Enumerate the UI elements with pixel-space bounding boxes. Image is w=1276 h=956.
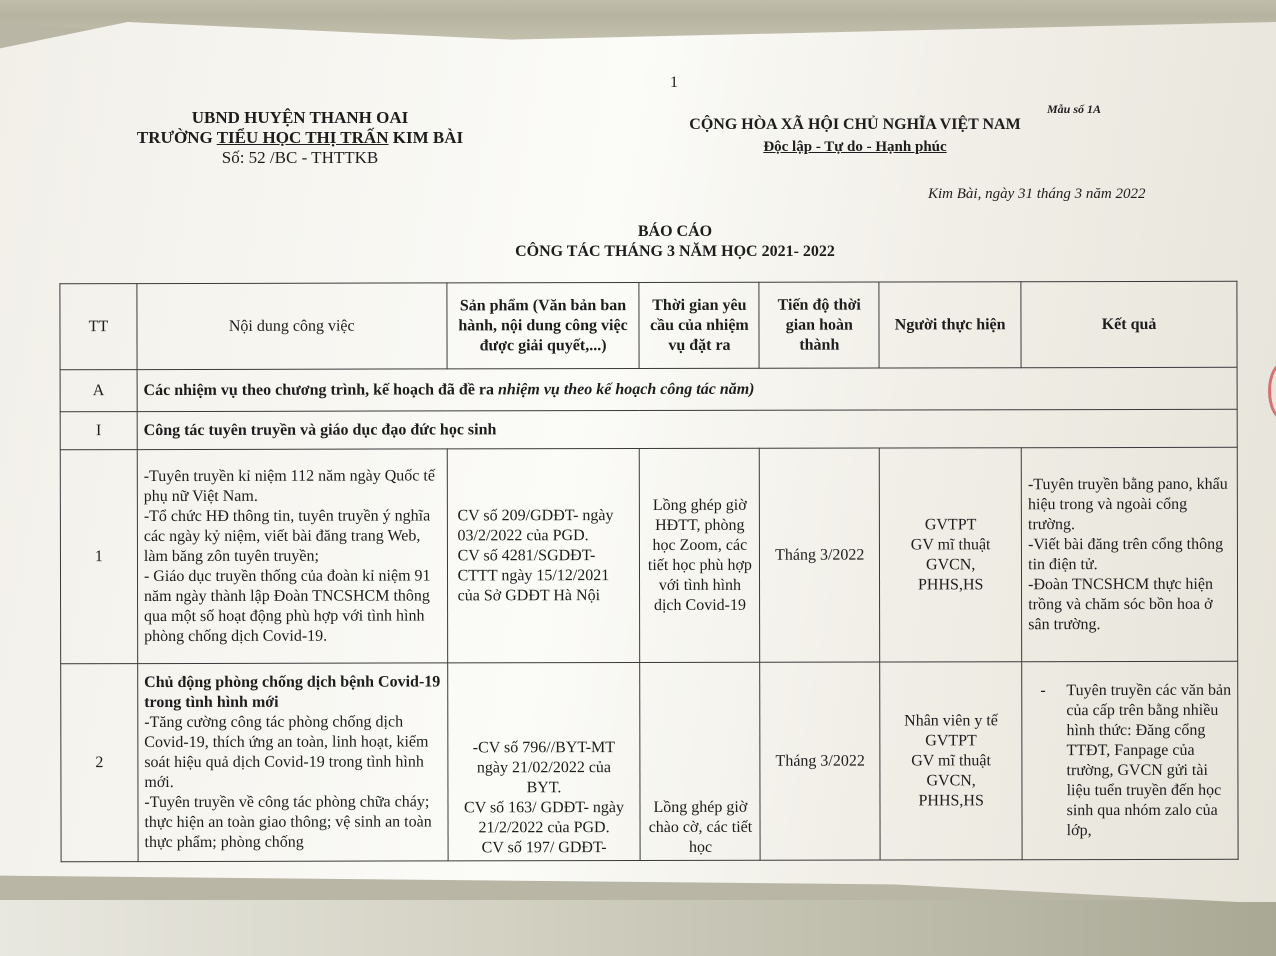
report-title-line1: BÁO CÁO <box>460 222 890 242</box>
row-progress: Tháng 3/2022 <box>760 448 880 662</box>
row-product: -CV số 796//BYT-MT ngày 21/02/2022 của B… <box>447 663 640 861</box>
row-persons: GVTPT GV mĩ thuật GVCN, PHHS,HS <box>879 448 1021 662</box>
page-number: 1 <box>670 74 678 92</box>
issuer-header: UBND HUYỆN THANH OAI TRƯỜNG TIỂU HỌC THỊ… <box>110 108 490 168</box>
header-progress: Tiến độ thời gian hoàn thành <box>759 282 879 368</box>
section-a-title: Các nhiệm vụ theo chương trình, kế hoạch… <box>137 367 1237 411</box>
national-title: CỘNG HÒA XÃ HỘI CHỦ NGHĨA VIỆT NAM <box>670 114 1040 136</box>
header-person: Người thực hiện <box>879 282 1021 368</box>
row-result: - Tuyên truyền các văn bản của cấp trên … <box>1022 661 1238 859</box>
header-tt: TT <box>60 284 137 370</box>
header-time-required: Thời gian yêu cầu của nhiệm vụ đặt ra <box>639 282 759 368</box>
bullet-dash: - <box>1022 681 1066 841</box>
table-row: 2 Chủ động phòng chống dịch bệnh Covid-1… <box>61 661 1238 861</box>
place-date: Kim Bài, ngày 31 tháng 3 năm 2022 <box>928 186 1146 203</box>
row-result: -Tuyên truyền bằng pano, khẩu hiệu trong… <box>1021 447 1237 661</box>
table-header-row: TT Nội dung công việc Sản phẩm (Văn bản … <box>60 281 1237 369</box>
header-product: Sản phẩm (Văn bản ban hành, nội dung côn… <box>446 283 639 369</box>
row-tt: 1 <box>60 450 137 664</box>
national-motto: Độc lập - Tự do - Hạnh phúc <box>670 136 1040 158</box>
issuer-authority: UBND HUYỆN THANH OAI <box>110 108 490 128</box>
form-number: Mẫu số 1A <box>1047 102 1101 117</box>
document-number: Số: 52 /BC - THTTKB <box>110 148 490 168</box>
report-title: BÁO CÁO CÔNG TÁC THÁNG 3 NĂM HỌC 2021- 2… <box>460 222 890 262</box>
section-row-a: A Các nhiệm vụ theo chương trình, kế hoạ… <box>60 367 1237 411</box>
desk-surface <box>0 900 1276 956</box>
row-tt: 2 <box>61 664 138 862</box>
row-persons: Nhân viên y tế GVTPT GV mĩ thuật GVCN, P… <box>880 662 1022 860</box>
section-i-tt: I <box>60 412 137 450</box>
row-progress: Tháng 3/2022 <box>760 662 880 860</box>
result-bullet-item: - Tuyên truyền các văn bản của cấp trên … <box>1022 680 1231 840</box>
table-row: 1 -Tuyên truyền kỉ niệm 112 năm ngày Quố… <box>60 447 1237 663</box>
row-product: CV số 209/GDĐT- ngày 03/2/2022 của PGD. … <box>447 449 640 663</box>
header-content: Nội dung công việc <box>137 283 447 370</box>
report-title-line2: CÔNG TÁC THÁNG 3 NĂM HỌC 2021- 2022 <box>460 242 890 262</box>
row-time-required: Lồng ghép giờ HĐTT, phòng học Zoom, các … <box>640 448 760 662</box>
row-content: -Tuyên truyền kỉ niệm 112 năm ngày Quốc … <box>137 449 447 664</box>
national-header: CỘNG HÒA XÃ HỘI CHỦ NGHĨA VIỆT NAM Độc l… <box>670 114 1040 158</box>
row-content: Chủ động phòng chống dịch bệnh Covid-19 … <box>138 663 448 862</box>
section-i-title: Công tác tuyên truyền và giáo dục đạo đứ… <box>137 409 1237 449</box>
report-table: TT Nội dung công việc Sản phẩm (Văn bản … <box>59 281 1238 862</box>
header-result: Kết quả <box>1021 281 1237 367</box>
row-time-required: Lồng ghép giờ chào cờ, các tiết học <box>640 662 760 860</box>
issuer-school: TRƯỜNG TIỂU HỌC THỊ TRẤN KIM BÀI <box>110 128 490 148</box>
section-row-i: I Công tác tuyên truyền và giáo dục đạo … <box>60 409 1237 449</box>
section-a-tt: A <box>60 370 137 412</box>
